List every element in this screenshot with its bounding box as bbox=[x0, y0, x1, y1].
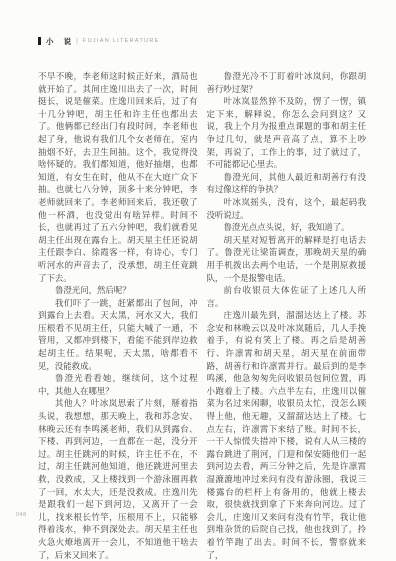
paragraph: 鲁澄光冷不丁盯着叶冰岚问，你跟胡善行吵过架？ bbox=[207, 70, 367, 95]
text-columns: 不早不晚，李老师这时候正好来，酒局也就开始了。其间庄逸川出去了一次，时间挺长，说… bbox=[38, 70, 366, 561]
header-divider: | bbox=[76, 38, 78, 45]
right-column: 鲁澄光冷不丁盯着叶冰岚问，你跟胡善行吵过架？ 叶冰岚显然猝不及防，愣了一愣，镇定… bbox=[207, 70, 367, 561]
magazine-page: 小 说 | FUJIAN LITERATURE 不早不晚，李老师这时候正好来，酒… bbox=[0, 0, 396, 561]
paragraph: 鲁澄光问，其他人最近和胡善行有没有过像这样的争执？ bbox=[207, 171, 367, 196]
paragraph: 前台收银员大体佐证了上述几人所言。 bbox=[207, 284, 367, 309]
left-column: 不早不晚，李老师这时候正好来，酒局也就开始了。其间庄逸川出去了一次，时间挺长，说… bbox=[38, 70, 198, 561]
paragraph: 庄逸川最先到，溜溜达达上了楼。苏念安和林晚云以及叶冰岚随后，几人手挽着手，有说有… bbox=[207, 309, 367, 561]
section-marker-icon bbox=[38, 37, 41, 45]
paragraph: 叶冰岚摇头，没有，这个，最起码我没听说过。 bbox=[207, 196, 367, 221]
paragraph: 不早不晚，李老师这时候正好来，酒局也就开始了。其间庄逸川出去了一次，时间挺长，说… bbox=[38, 70, 198, 284]
paragraph: 胡天星对短暂离开的解释是打电话去了。鲁澄光让梁笛调查，那晚胡天星的确用手机拨出去… bbox=[207, 234, 367, 284]
paragraph: 鲁澄光点点头说，好，我知道了。 bbox=[207, 221, 367, 234]
paragraph: 鲁澄光问，然后呢？ bbox=[38, 284, 198, 297]
paragraph: 鲁澄光看看她，继续问，这个过程中，其他人在哪里？ bbox=[38, 372, 198, 397]
magazine-title: FUJIAN LITERATURE bbox=[83, 38, 160, 44]
paragraph: 叶冰岚显然猝不及防，愣了一愣，镇定下来，解释说，你怎么会问到这？又说，我上个月为… bbox=[207, 95, 367, 171]
section-label: 小 说 bbox=[46, 36, 75, 47]
paragraph: 其他人？叶冰岚思索了片刻，掰着指头说，我想想，那天晚上，我和苏念安、林晚云还有李… bbox=[38, 397, 198, 561]
paragraph: 我们吓了一跳，赶紧都出了包间，冲到露台上去看。天太黑，河水又大，我们压根看不见胡… bbox=[38, 297, 198, 373]
page-header: 小 说 | FUJIAN LITERATURE bbox=[38, 36, 160, 46]
page-number: 048 bbox=[16, 512, 27, 518]
